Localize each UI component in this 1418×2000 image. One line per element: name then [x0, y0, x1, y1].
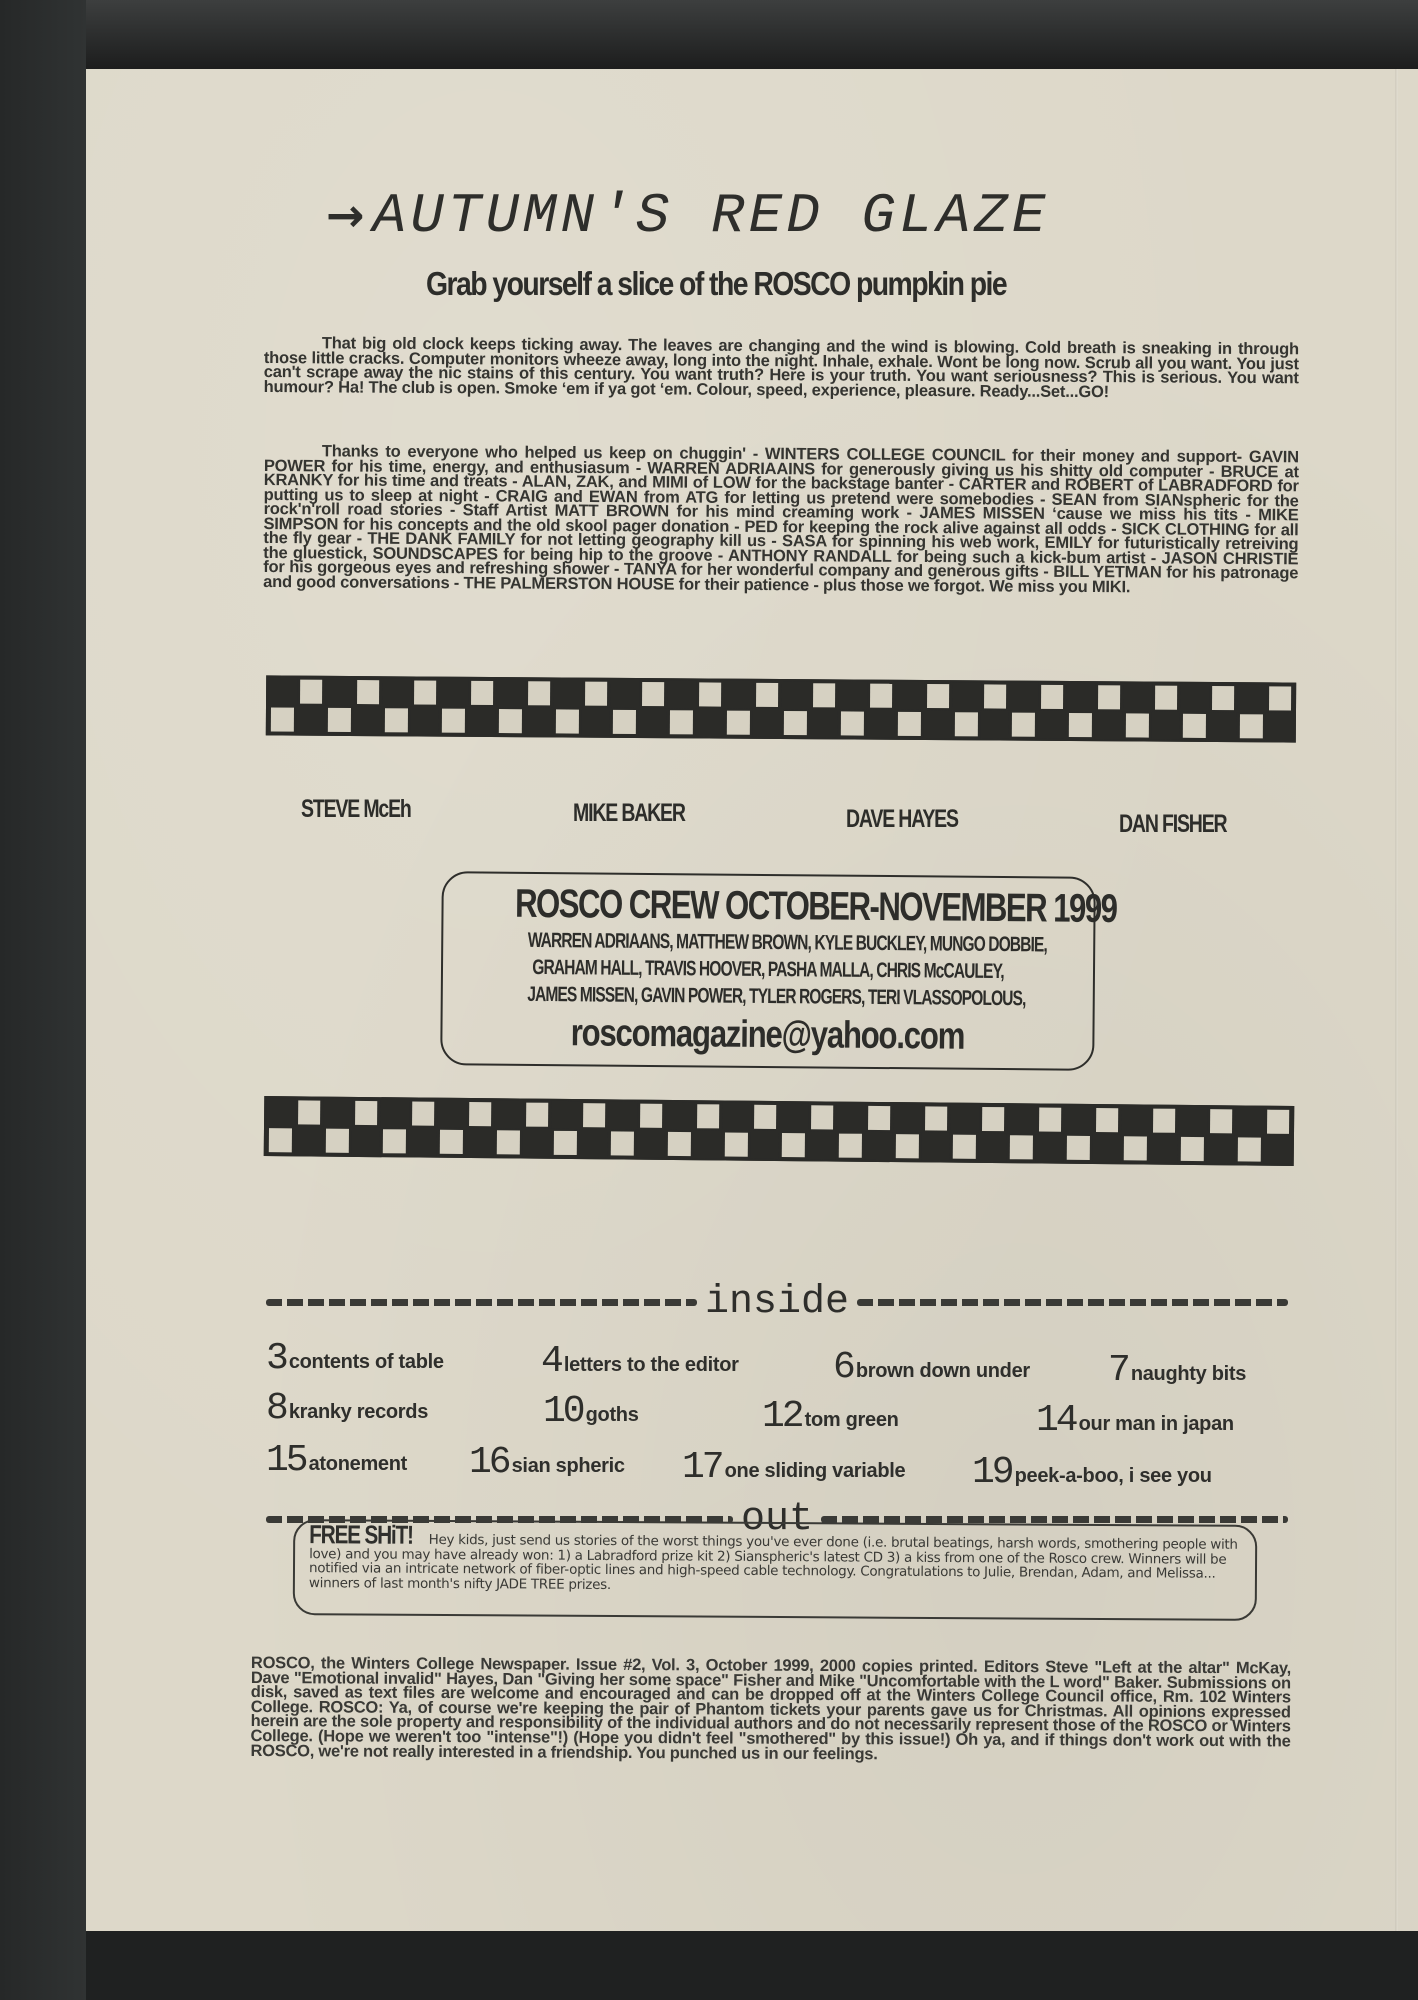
checker-cell: [953, 1135, 976, 1159]
toc-open-label: inside: [705, 1280, 849, 1325]
checker-cell: [952, 682, 981, 710]
checker-cell: [670, 710, 693, 734]
checker-cell: [1263, 1136, 1292, 1164]
checker-cell: [1126, 713, 1149, 737]
checker-cell: [579, 1129, 608, 1157]
checker-cell: [323, 1099, 352, 1127]
checker-cell: [1007, 1105, 1036, 1133]
toc-title: peek-a-boo, i see you: [1015, 1465, 1212, 1488]
checker-cell: [467, 707, 496, 735]
checker-cell: [955, 712, 978, 736]
checker-cell: [1153, 1109, 1176, 1133]
checker-cell: [697, 1104, 720, 1128]
checker-cell: [1041, 685, 1064, 709]
checker-cell: [1181, 1137, 1204, 1161]
checker-cell: [725, 1132, 748, 1156]
checker-cell: [437, 1100, 466, 1128]
checker-cell: [838, 681, 867, 709]
toc-item: 10goths: [543, 1390, 639, 1433]
dashed-rule: [266, 1299, 697, 1306]
checker-cell: [353, 706, 382, 734]
dashed-rule: [857, 1299, 1288, 1306]
checker-cell: [439, 679, 468, 707]
checker-cell: [636, 1130, 665, 1158]
checker-cell: [1094, 711, 1123, 739]
checker-cell: [1269, 686, 1292, 710]
checker-cell: [528, 681, 551, 705]
headline: →AUTUMN'S RED GLAZE: [326, 184, 1049, 248]
toc-page-number: 3: [266, 1337, 286, 1380]
checker-cell: [442, 709, 465, 733]
checker-cell: [779, 1103, 808, 1131]
checker-cell: [1266, 1110, 1289, 1134]
checker-cell: [950, 1105, 979, 1133]
checker-cell: [1009, 683, 1038, 711]
checker-cell: [809, 709, 838, 737]
toc-item: 16sian spheric: [469, 1441, 625, 1484]
checker-cell: [1265, 712, 1294, 740]
checker-divider-bottom: [264, 1096, 1295, 1166]
checker-cell: [585, 682, 608, 706]
toc-divider-inside: inside: [266, 1285, 1288, 1319]
checker-cell: [1180, 684, 1209, 712]
checker-cell: [898, 712, 921, 736]
checker-cell: [326, 1129, 349, 1153]
toc-page-number: 12: [762, 1395, 802, 1438]
checker-cell: [893, 1104, 922, 1132]
toc-title: contents of table: [289, 1351, 444, 1374]
checker-cell: [1035, 1133, 1064, 1161]
checker-cell: [296, 706, 325, 734]
toc-page-number: 8: [266, 1387, 286, 1430]
headline-text: AUTUMN'S RED GLAZE: [373, 184, 1050, 248]
checker-cell: [408, 1127, 437, 1155]
toc-page-number: 15: [266, 1439, 306, 1482]
checker-cell: [1212, 686, 1235, 710]
checker-cell: [1092, 1134, 1121, 1162]
checker-cell: [813, 683, 836, 707]
checker-cell: [1209, 1109, 1232, 1133]
crew-line: WARREN ADRIAANS, MATTHEW BROWN, KYLE BUC…: [528, 927, 1009, 958]
crew-line: JAMES MISSEN, GAVIN POWER, TYLER ROGERS,…: [527, 981, 1008, 1012]
checker-cell: [581, 708, 610, 736]
checker-cell: [610, 680, 639, 708]
checker-cell: [836, 1104, 865, 1132]
editor-name: DAVE HAYES: [846, 805, 958, 834]
checker-cell: [328, 708, 351, 732]
toc-page-number: 16: [469, 1441, 509, 1484]
checker-cell: [1238, 1137, 1261, 1161]
checker-cell: [1067, 1136, 1090, 1160]
checker-cell: [298, 1100, 321, 1124]
contest-box: FREE SHiT! Hey kids, just send us storie…: [293, 1519, 1258, 1621]
checker-cell: [927, 684, 950, 708]
checker-cell: [750, 1131, 779, 1159]
checker-cell: [667, 680, 696, 708]
toc-item: 7naughty bits: [1108, 1349, 1246, 1392]
toc-page-number: 14: [1036, 1399, 1076, 1442]
checker-cell: [497, 1130, 520, 1154]
checker-cell: [271, 707, 294, 731]
toc-title: kranky records: [289, 1401, 428, 1424]
checker-cell: [1069, 713, 1092, 737]
checker-cell: [864, 1132, 893, 1160]
checker-cell: [380, 1099, 409, 1127]
checker-cell: [895, 682, 924, 710]
toc-item: 4letters to the editor: [541, 1340, 739, 1383]
checker-cell: [351, 1127, 380, 1155]
subheadline: Grab yourself a slice of the ROSCO pumpk…: [426, 265, 1006, 303]
newspaper-page: →AUTUMN'S RED GLAZE Grab yourself a slic…: [86, 69, 1418, 1931]
checker-cell: [382, 678, 411, 706]
thanks-text: Thanks to everyone who helped us keep on…: [263, 442, 1299, 595]
toc-title: sian spheric: [512, 1455, 625, 1478]
toc-page-number: 17: [682, 1446, 722, 1489]
checker-cell: [668, 1132, 691, 1156]
toc-item: 17one sliding variable: [682, 1446, 905, 1489]
crew-title: ROSCO CREW OCTOBER-NOVEMBER 1999: [515, 882, 1022, 931]
checker-cell: [551, 1101, 580, 1129]
checker-cell: [1098, 685, 1121, 709]
editor-name: DAN FISHER: [1119, 810, 1226, 839]
checker-cell: [355, 1101, 378, 1125]
checker-cell: [841, 711, 864, 735]
checker-cell: [556, 709, 579, 733]
toc-item: 8kranky records: [266, 1387, 428, 1430]
checker-cell: [526, 1103, 549, 1127]
checker-cell: [613, 710, 636, 734]
checker-cell: [978, 1133, 1007, 1161]
checker-cell: [583, 1103, 606, 1127]
checker-cell: [1151, 712, 1180, 740]
page-fold: [1395, 69, 1398, 1931]
checker-cell: [325, 678, 354, 706]
checker-cell: [980, 710, 1009, 738]
checker-cell: [722, 1102, 751, 1130]
checker-cell: [1037, 711, 1066, 739]
checker-cell: [1039, 1107, 1062, 1131]
intro-paragraph: That big old clock keeps ticking away. T…: [264, 336, 1299, 400]
scanner-backdrop-left: [0, 0, 86, 2000]
checker-cell: [756, 683, 779, 707]
checker-cell: [269, 1128, 292, 1152]
toc-title: our man in japan: [1079, 1413, 1234, 1436]
checker-cell: [754, 1105, 777, 1129]
checker-cell: [1010, 1135, 1033, 1159]
checker-cell: [642, 682, 665, 706]
toc-page-number: 4: [541, 1340, 561, 1383]
crew-box: ROSCO CREW OCTOBER-NOVEMBER 1999 WARREN …: [440, 871, 1096, 1071]
checker-cell: [866, 710, 895, 738]
checker-cell: [300, 680, 323, 704]
checker-cell: [638, 708, 667, 736]
checker-cell: [982, 1107, 1005, 1131]
toc-page-number: 19: [972, 1451, 1012, 1494]
checker-cell: [357, 680, 380, 704]
toc-page-number: 6: [833, 1346, 853, 1389]
toc-item: 14our man in japan: [1036, 1399, 1234, 1442]
checker-cell: [499, 709, 522, 733]
checker-cell: [1123, 683, 1152, 711]
checker-cell: [695, 708, 724, 736]
toc-item: 6brown down under: [833, 1346, 1030, 1389]
checker-cell: [1155, 686, 1178, 710]
toc-item: 12tom green: [762, 1395, 899, 1438]
editor-name: STEVE McEh: [301, 795, 411, 824]
checker-cell: [471, 681, 494, 705]
toc-title: atonement: [309, 1453, 407, 1476]
toc-item: 15atonement: [266, 1439, 407, 1482]
contest-title: FREE SHiT!: [309, 1527, 413, 1542]
checker-cell: [1208, 712, 1237, 740]
checker-cell: [923, 710, 952, 738]
toc-page-number: 7: [1108, 1349, 1128, 1392]
checker-cell: [469, 1102, 492, 1126]
checker-cell: [665, 1102, 694, 1130]
checker-cell: [868, 1106, 891, 1130]
checker-cell: [782, 1133, 805, 1157]
contest-body: Hey kids, just send us stories of the wo…: [309, 1532, 1238, 1593]
checker-cell: [807, 1131, 836, 1159]
checker-cell: [699, 682, 722, 706]
toc-title: letters to the editor: [564, 1354, 739, 1377]
colophon: ROSCO, the Winters College Newspaper. Is…: [250, 1656, 1291, 1764]
checker-cell: [524, 707, 553, 735]
checker-cell: [608, 1101, 637, 1129]
checker-cell: [870, 684, 893, 708]
checker-cell: [1178, 1107, 1207, 1135]
checker-cell: [896, 1134, 919, 1158]
checker-cell: [1064, 1106, 1093, 1134]
toc-title: naughty bits: [1131, 1363, 1246, 1386]
checker-cell: [1124, 1136, 1147, 1160]
checker-cell: [784, 711, 807, 735]
intro-text: That big old clock keeps ticking away. T…: [264, 334, 1299, 400]
checker-cell: [494, 1100, 523, 1128]
checker-cell: [984, 684, 1007, 708]
checker-cell: [1240, 714, 1263, 738]
checker-cell: [414, 680, 437, 704]
checker-cell: [1096, 1108, 1119, 1132]
checker-cell: [268, 677, 297, 705]
toc-page-number: 10: [543, 1390, 583, 1433]
checker-cell: [752, 709, 781, 737]
checker-cell: [522, 1129, 551, 1157]
checker-cell: [554, 1131, 577, 1155]
checker-cell: [1121, 1106, 1150, 1134]
scanner-backdrop-top: [0, 0, 1418, 70]
checker-cell: [611, 1131, 634, 1155]
toc-title: goths: [586, 1404, 639, 1427]
checker-cell: [724, 681, 753, 709]
crew-email: roscomagazine@yahoo.com: [501, 1012, 1034, 1060]
checker-cell: [383, 1129, 406, 1153]
checker-cell: [553, 679, 582, 707]
crew-line: GRAHAM HALL, TRAVIS HOOVER, PASHA MALLA,…: [527, 954, 1008, 985]
checker-divider-top: [266, 675, 1296, 742]
toc-title: one sliding variable: [725, 1460, 906, 1483]
checker-cell: [1066, 683, 1095, 711]
thanks-paragraph: Thanks to everyone who helped us keep on…: [263, 444, 1299, 595]
checker-cell: [1183, 714, 1206, 738]
checker-cell: [640, 1104, 663, 1128]
checker-cell: [412, 1101, 435, 1125]
checker-cell: [925, 1106, 948, 1130]
checker-cell: [496, 679, 525, 707]
checker-cell: [410, 706, 439, 734]
checker-cell: [1206, 1135, 1235, 1163]
checker-cell: [811, 1105, 834, 1129]
toc-title: brown down under: [856, 1360, 1030, 1383]
checker-cell: [1235, 1107, 1264, 1135]
checker-cell: [921, 1132, 950, 1160]
dashed-rule: [821, 1516, 1288, 1523]
checker-cell: [1149, 1135, 1178, 1163]
editor-name: MIKE BAKER: [573, 799, 685, 828]
checker-cell: [440, 1130, 463, 1154]
checker-cell: [385, 708, 408, 732]
checker-cell: [839, 1134, 862, 1158]
checker-cell: [294, 1126, 323, 1154]
checker-cell: [465, 1128, 494, 1156]
checker-cell: [266, 1098, 295, 1126]
toc-title: tom green: [805, 1409, 899, 1432]
checker-cell: [1237, 684, 1266, 712]
toc-item: 3contents of table: [266, 1337, 444, 1380]
arrow-right-icon: →: [326, 188, 369, 242]
toc-item: 19peek-a-boo, i see you: [972, 1451, 1212, 1494]
checker-cell: [727, 711, 750, 735]
checker-cell: [1012, 713, 1035, 737]
checker-cell: [781, 681, 810, 709]
checker-cell: [693, 1130, 722, 1158]
